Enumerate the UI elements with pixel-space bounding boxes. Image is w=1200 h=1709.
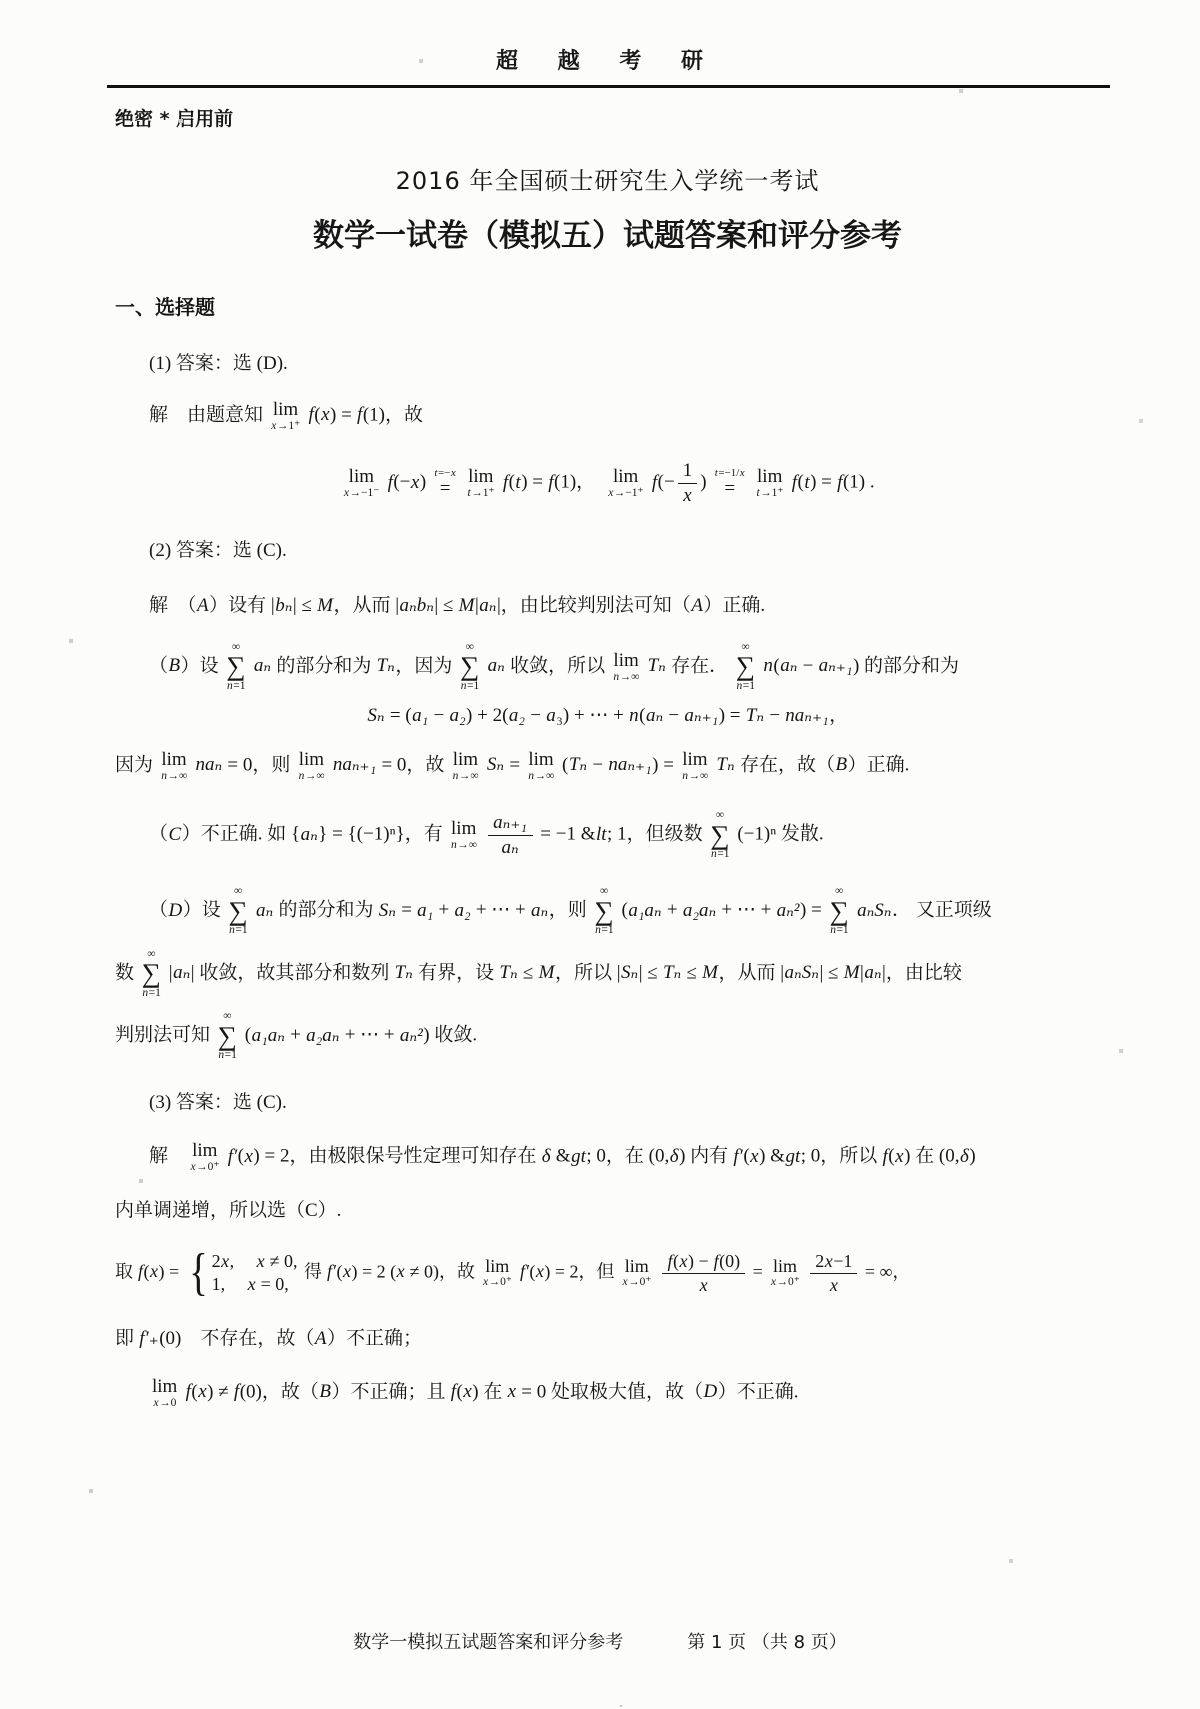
exam-title: 2016 年全国硕士研究生入学统一考试 [115,161,1100,196]
footer-document-name: 数学一模拟五试题答案和评分参考 [353,1628,623,1654]
scan-noise-specks [0,0,2,2]
equation-q2-partial-sum: Sₙ = (a₁ − a₂) + 2(a₂ − a₃) + ⋯ + n(aₙ −… [115,702,1100,730]
solution-q2-option-d-cont2: 判别法可知 ∞∑n=1 (a₁aₙ + a₂aₙ + ⋯ + aₙ²) 收敛. [115,1011,1100,1061]
page-footer: 数学一模拟五试题答案和评分参考 第 1 页 （共 8 页） [0,1628,1200,1654]
solution-q3-line1: 解 limx→0⁺ f′(x) = 2，由极限保号性定理可知存在 δ &gt; … [115,1141,1100,1174]
document-title: 数学一试卷（模拟五）试题答案和评分参考 [115,210,1100,255]
solution-q2-option-d-cont1: 数 ∞∑n=1 |aₙ| 收敛，故其部分和数列 Tₙ 有界，设 Tₙ ≤ M，所… [115,949,1100,999]
answer-line-q3: (3) 答案：选 (C). [115,1089,1100,1117]
solution-q2-option-d: （D）设 ∞∑n=1 aₙ 的部分和为 Sₙ = a₁ + a₂ + ⋯ + a… [115,886,1100,936]
equation-q1: limx→−1⁻ f(−x) t=−x= limt→1⁺ f(t) = f(1)… [115,460,1100,507]
scanned-exam-page: 超 越 考 研 绝密 * 启用前 2016 年全国硕士研究生入学统一考试 数学一… [0,0,1200,1709]
answer-line-q2: (2) 答案：选 (C). [115,537,1100,565]
security-classification-label: 绝密 * 启用前 [115,104,1100,131]
header-rule [107,85,1110,88]
solution-q2-option-c: （C）不正确. 如 {aₙ} = {(−1)ⁿ}，有 limn→∞ aₙ₊₁aₙ… [115,810,1100,860]
solution-q3-line5: limx→0 f(x) ≠ f(0)，故（B）不正确；且 f(x) 在 x = … [115,1377,1100,1410]
solution-q3-line4: 即 f′₊(0) 不存在，故（A）不正确； [115,1325,1100,1353]
footer-page-number: 第 1 页 （共 8 页） [687,1628,847,1654]
solution-line-q1: 解 由题意知 limx→1⁺ f(x) = f(1)，故 [115,400,1100,433]
solution-q2-option-b: （B）设 ∞∑n=1 aₙ 的部分和为 Tₙ，因为 ∞∑n=1 aₙ 收敛，所以… [115,642,1100,692]
brand-header: 超 越 考 研 [115,44,1100,75]
answer-line-q1: (1) 答案：选 (D). [115,350,1100,378]
solution-q3-line2: 内单调递增，所以选（C）. [115,1197,1100,1225]
section-heading-choice-questions: 一、选择题 [115,291,1100,320]
solution-q2-option-a: 解 （A）设有 |bₙ| ≤ M，从而 |aₙbₙ| ≤ M|aₙ|，由比较判别… [115,592,1100,620]
solution-q2-option-b-cont: 因为 limn→∞ naₙ = 0，则 limn→∞ naₙ₊₁ = 0，故 l… [115,750,1100,783]
solution-q3-counterexample: 取 f(x) = {2x,x ≠ 0,1,x = 0, 得 f′(x) = 2 … [115,1251,1100,1295]
